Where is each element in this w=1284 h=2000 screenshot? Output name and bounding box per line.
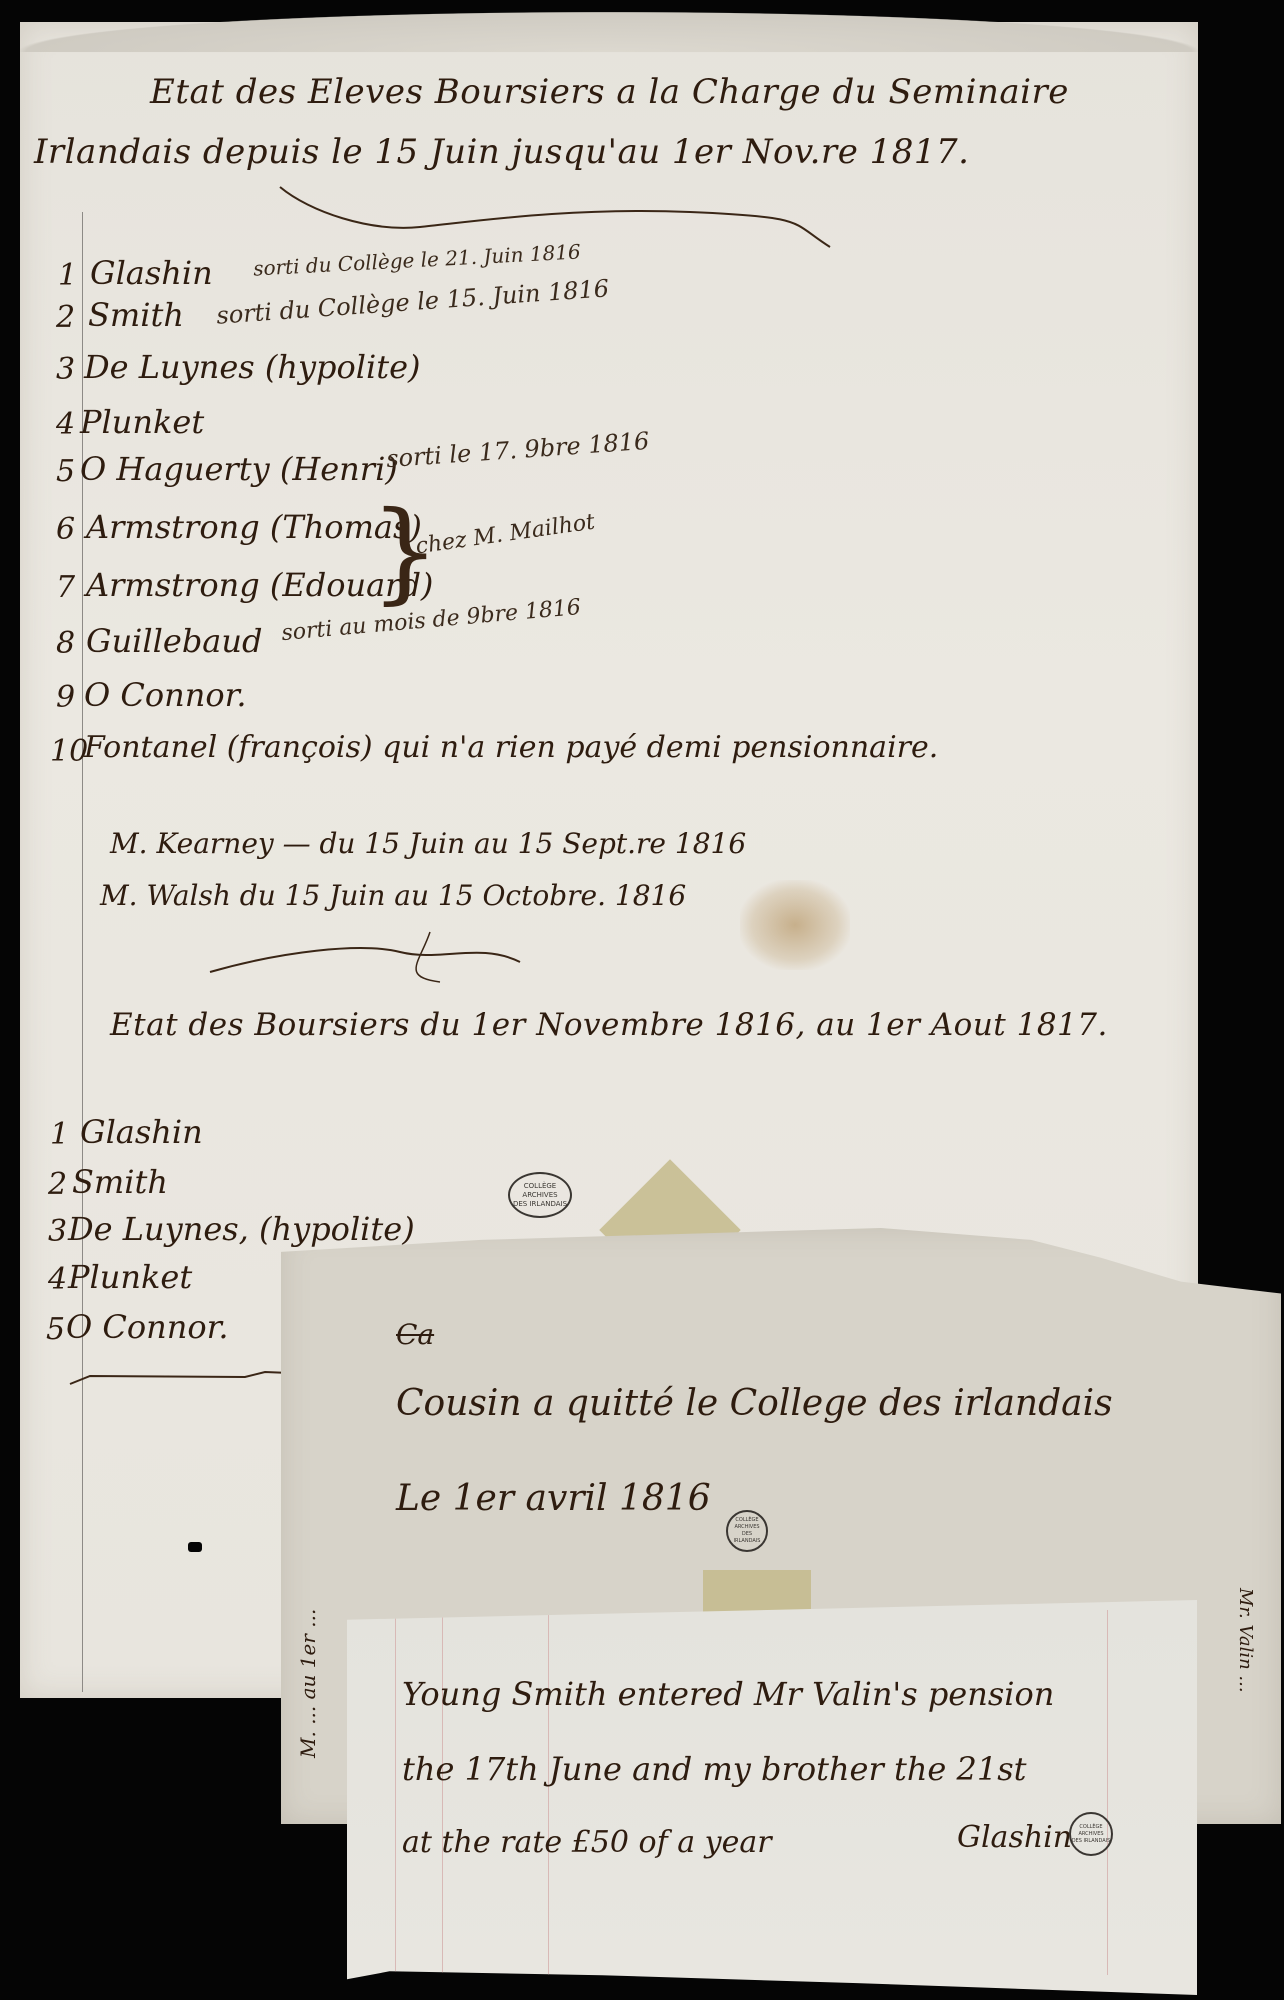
signature: Glashin xyxy=(957,1820,1072,1855)
row-number: 4 xyxy=(56,407,75,442)
scholar-name: O Connor. xyxy=(84,676,247,714)
ink-blot xyxy=(188,1542,202,1552)
scholar-name: O Haguerty (Henri) xyxy=(80,450,398,488)
master-line: M. Kearney — du 15 Juin au 15 Sept.re 18… xyxy=(110,827,746,860)
stamp-text: DES IRLANDAIS xyxy=(728,1531,766,1545)
end-flourish xyxy=(65,1362,315,1392)
row-number: 8 xyxy=(56,626,75,661)
stamp-text: ARCHIVES xyxy=(522,1191,557,1200)
scholar-name: Guillebaud xyxy=(86,622,262,660)
scholar-name: Smith xyxy=(88,296,184,334)
stamp-text: ARCHIVES xyxy=(1078,1831,1103,1838)
row-number: 1 xyxy=(50,1117,69,1152)
ruled-line xyxy=(395,1610,396,1975)
slip1-right-vertical-note: Mr. Valin ... xyxy=(1235,1588,1256,1693)
ruled-line xyxy=(548,1610,549,1975)
torn-top-edge xyxy=(20,12,1198,52)
scholar-name: De Luynes (hypolite) xyxy=(84,348,421,386)
section-flourish xyxy=(200,922,540,992)
row-number: 4 xyxy=(48,1262,67,1297)
slip2-line-1: Young Smith entered Mr Valin's pension xyxy=(402,1675,1054,1713)
brace-note: chez M. Mailhot xyxy=(414,510,596,560)
scholar-name: Glashin xyxy=(90,254,213,292)
row-number: 2 xyxy=(56,300,75,335)
scholar-name: Glashin xyxy=(80,1113,203,1151)
stamp-text: DES IRLANDAIS xyxy=(513,1200,567,1209)
master-line: M. Walsh du 15 Juin au 15 Octobre. 1816 xyxy=(100,879,686,912)
scholar-name: Fontanel (françois) qui n'a rien payé de… xyxy=(84,730,938,765)
stamp-text: COLLÈGE xyxy=(735,1517,758,1524)
scholar-name: Plunket xyxy=(80,403,204,441)
row-number: 3 xyxy=(48,1214,67,1249)
stamp-text: ARCHIVES xyxy=(734,1524,759,1531)
row-number: 5 xyxy=(46,1312,65,1347)
foxing-stain xyxy=(740,880,850,970)
scholar-note: sorti du Collège le 15. Juin 1816 xyxy=(216,274,610,329)
scholar-name: Plunket xyxy=(68,1258,192,1296)
struck-word: Ca xyxy=(396,1318,434,1351)
heading-2: Etat des Boursiers du 1er Novembre 1816,… xyxy=(110,1007,1108,1043)
attached-slip-2: Young Smith entered Mr Valin's pension t… xyxy=(347,1600,1197,1995)
slip2-line-3: at the rate £50 of a year xyxy=(402,1825,772,1860)
heading-line-1: Etat des Eleves Boursiers a la Charge du… xyxy=(150,72,1069,112)
ruled-line xyxy=(1107,1610,1108,1975)
ruled-line xyxy=(442,1610,443,1975)
scholar-name: De Luynes, (hypolite) xyxy=(68,1210,415,1248)
slip1-vertical-note: M. ... au 1er ... xyxy=(296,1609,320,1758)
slip1-line-2: Le 1er avril 1816 xyxy=(396,1478,711,1519)
row-number: 5 xyxy=(56,454,75,489)
row-number: 6 xyxy=(56,512,75,547)
slip1-line-1: Cousin a quitté le College des irlandais xyxy=(396,1383,1113,1424)
slip2-line-2: the 17th June and my brother the 21st xyxy=(402,1750,1027,1788)
row-number: 3 xyxy=(56,352,75,387)
row-number: 1 xyxy=(58,258,77,293)
scholar-name: Smith xyxy=(72,1163,168,1201)
heading-line-2: Irlandais depuis le 15 Juin jusqu'au 1er… xyxy=(34,132,969,172)
row-number: 7 xyxy=(56,570,75,605)
archive-stamp: COLLÈGE ARCHIVES DES IRLANDAIS xyxy=(726,1510,768,1552)
archive-stamp: COLLÈGE ARCHIVES DES IRLANDAIS xyxy=(1069,1812,1113,1856)
stamp-text: COLLÈGE xyxy=(1079,1824,1102,1831)
stamp-text: COLLÈGE xyxy=(524,1182,556,1191)
scholar-note: sorti le 17. 9bre 1816 xyxy=(385,427,650,473)
scholar-name: O Connor. xyxy=(66,1308,229,1346)
archive-stamp: COLLÈGE ARCHIVES DES IRLANDAIS xyxy=(508,1172,572,1218)
row-number: 10 xyxy=(50,734,88,769)
row-number: 9 xyxy=(56,680,75,715)
stamp-text: DES IRLANDAIS xyxy=(1072,1838,1111,1845)
row-number: 2 xyxy=(48,1167,67,1202)
